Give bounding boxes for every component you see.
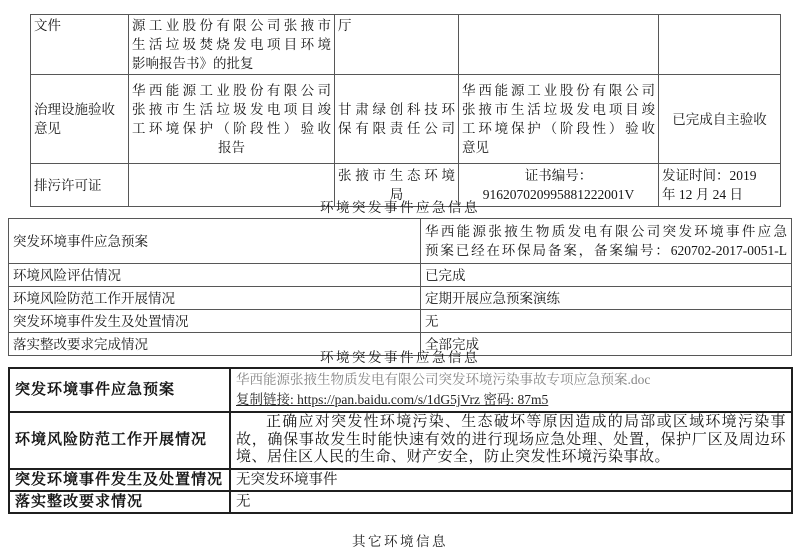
approval-doc-line: 影响报告书》的批复	[132, 54, 331, 73]
permit-label: 排污许可证	[34, 176, 125, 195]
plan-doc-download-link[interactable]: 复制链接: https://pan.baidu.com/s/1dG5jVrz 密…	[236, 390, 786, 410]
cell-risk-prevention-value: 定期开展应急预案演练	[421, 287, 792, 310]
acceptance-label: 治理设施验收意见	[34, 100, 125, 138]
cell-incident-label-bold: 突发环境事件发生及处置情况	[9, 469, 230, 491]
cell-risk-prevention-label-bold: 环境风险防范工作开展情况	[9, 412, 230, 469]
cell-empty	[459, 15, 659, 75]
risk-prevention-paragraph: 正确应对突发性环境污染、生态破坏等原因造成的局部或区域环境污染事故，确保事故发生…	[236, 414, 786, 467]
acceptance-report-line: 张掖市生活垃圾发电项目竣	[132, 100, 331, 119]
emergency-info-table: 突发环境事件应急预案 华西能源张掖生物质发电有限公司突发环境事件应急 预案已经在…	[8, 218, 792, 356]
rectification-label: 落实整改要求情况	[15, 493, 224, 511]
file-label: 文件	[34, 16, 125, 35]
rectification-value: 无	[236, 493, 786, 511]
risk-assessment-value: 已完成	[425, 266, 787, 285]
approval-doc-line: 源工业股份有限公司张掖市	[132, 16, 331, 35]
table-row: 治理设施验收意见 华西能源工业股份有限公司 张掖市生活垃圾发电项目竣 工环境保护…	[31, 75, 781, 164]
incident-value: 无	[425, 312, 787, 331]
incident-label: 突发环境事件发生及处置情况	[15, 471, 224, 489]
acceptance-report-line: 华西能源工业股份有限公司	[132, 81, 331, 100]
agency-fragment: 厅	[338, 16, 455, 35]
risk-prevention-value: 定期开展应急预案演练	[425, 289, 787, 308]
cell-incident-label: 突发环境事件发生及处置情况	[9, 310, 421, 333]
table-row: 突发环境事件应急预案 华西能源张掖生物质发电有限公司突发环境污染事故专项应急预案…	[9, 368, 792, 412]
risk-prevention-label: 环境风险防范工作开展情况	[13, 289, 416, 308]
environmental-disclosure-document: 文件 源工业股份有限公司张掖市 生活垃圾焚烧发电项目环境 影响报告书》的批复 厅…	[0, 0, 800, 557]
cell-plan-doc: 华西能源张掖生物质发电有限公司突发环境污染事故专项应急预案.doc 复制链接: …	[230, 368, 792, 412]
acceptance-status: 已完成自主验收	[662, 110, 777, 129]
acceptance-opinion-line: 意见	[462, 138, 655, 157]
cell-risk-prevention-detail: 正确应对突发性环境污染、生态破坏等原因造成的局部或区域环境污染事故，确保事故发生…	[230, 412, 792, 469]
acceptance-agency-line: 保有限责任公司	[338, 119, 455, 138]
cell-acceptance-report: 华西能源工业股份有限公司 张掖市生活垃圾发电项目竣 工环境保护（阶段性）验收 报…	[129, 75, 335, 164]
cell-risk-prevention-label: 环境风险防范工作开展情况	[9, 287, 421, 310]
risk-prevention-label: 环境风险防范工作开展情况	[15, 431, 224, 449]
cell-approval-agency: 厅	[335, 15, 459, 75]
cell-incident-value: 无	[421, 310, 792, 333]
table-row: 落实整改要求情况 无	[9, 491, 792, 513]
cell-acceptance-opinion: 华西能源工业股份有限公司 张掖市生活垃圾发电项目竣 工环境保护（阶段性）验收 意…	[459, 75, 659, 164]
cell-incident-value: 无突发环境事件	[230, 469, 792, 491]
cell-rectification-label-bold: 落实整改要求情况	[9, 491, 230, 513]
section-heading-other-info: 其它环境信息	[0, 534, 800, 550]
cell-risk-assessment-value: 已完成	[421, 264, 792, 287]
plan-value-line: 预案已经在环保局备案，备案编号：620702-2017-0051-L	[425, 241, 787, 260]
section-heading-emergency-info: 环境突发事件应急信息	[0, 200, 800, 216]
plan-label: 突发环境事件应急预案	[15, 381, 224, 399]
table-row: 环境风险防范工作开展情况 正确应对突发性环境污染、生态破坏等原因造成的局部或区域…	[9, 412, 792, 469]
cell-file-label: 文件	[31, 15, 129, 75]
permit-number-caption: 证书编号：	[462, 166, 655, 185]
approval-permit-table: 文件 源工业股份有限公司张掖市 生活垃圾焚烧发电项目环境 影响报告书》的批复 厅…	[30, 14, 781, 207]
cell-plan-value: 华西能源张掖生物质发电有限公司突发环境事件应急 预案已经在环保局备案，备案编号：…	[421, 219, 792, 264]
table-row: 突发环境事件应急预案 华西能源张掖生物质发电有限公司突发环境事件应急 预案已经在…	[9, 219, 792, 264]
acceptance-report-line: 工环境保护（阶段性）验收	[132, 119, 331, 138]
acceptance-opinion-line: 张掖市生活垃圾发电项目竣	[462, 100, 655, 119]
incident-value: 无突发环境事件	[236, 471, 786, 489]
cell-approval-doc: 源工业股份有限公司张掖市 生活垃圾焚烧发电项目环境 影响报告书》的批复	[129, 15, 335, 75]
cell-rectification-value: 无	[230, 491, 792, 513]
section-heading-emergency-info: 环境突发事件应急信息	[0, 350, 800, 366]
table-row: 文件 源工业股份有限公司张掖市 生活垃圾焚烧发电项目环境 影响报告书》的批复 厅	[31, 15, 781, 75]
risk-assessment-label: 环境风险评估情况	[13, 266, 416, 285]
cell-acceptance-label: 治理设施验收意见	[31, 75, 129, 164]
cell-risk-assessment-label: 环境风险评估情况	[9, 264, 421, 287]
cell-empty	[659, 15, 781, 75]
emergency-info-detail-table: 突发环境事件应急预案 华西能源张掖生物质发电有限公司突发环境污染事故专项应急预案…	[8, 367, 793, 514]
cell-plan-label: 突发环境事件应急预案	[9, 219, 421, 264]
acceptance-opinion-line: 华西能源工业股份有限公司	[462, 81, 655, 100]
acceptance-report-line: 报告	[132, 138, 331, 157]
incident-label: 突发环境事件发生及处置情况	[13, 312, 416, 331]
plan-value-line: 华西能源张掖生物质发电有限公司突发环境事件应急	[425, 222, 787, 241]
table-row: 突发环境事件发生及处置情况 无	[9, 310, 792, 333]
plan-doc-filename: 华西能源张掖生物质发电有限公司突发环境污染事故专项应急预案.doc	[236, 370, 786, 390]
table-row: 环境风险防范工作开展情况 定期开展应急预案演练	[9, 287, 792, 310]
permit-agency-line: 张掖市生态环境	[338, 166, 455, 185]
approval-doc-line: 生活垃圾焚烧发电项目环境	[132, 35, 331, 54]
acceptance-agency-line: 甘肃绿创科技环	[338, 100, 455, 119]
table-row: 突发环境事件发生及处置情况 无突发环境事件	[9, 469, 792, 491]
cell-plan-label-bold: 突发环境事件应急预案	[9, 368, 230, 412]
plan-label: 突发环境事件应急预案	[13, 232, 416, 251]
cell-acceptance-agency: 甘肃绿创科技环 保有限责任公司	[335, 75, 459, 164]
table-row: 环境风险评估情况 已完成	[9, 264, 792, 287]
permit-date-line: 发证时间：2019	[662, 166, 777, 185]
cell-acceptance-status: 已完成自主验收	[659, 75, 781, 164]
acceptance-opinion-line: 工环境保护（阶段性）验收	[462, 119, 655, 138]
